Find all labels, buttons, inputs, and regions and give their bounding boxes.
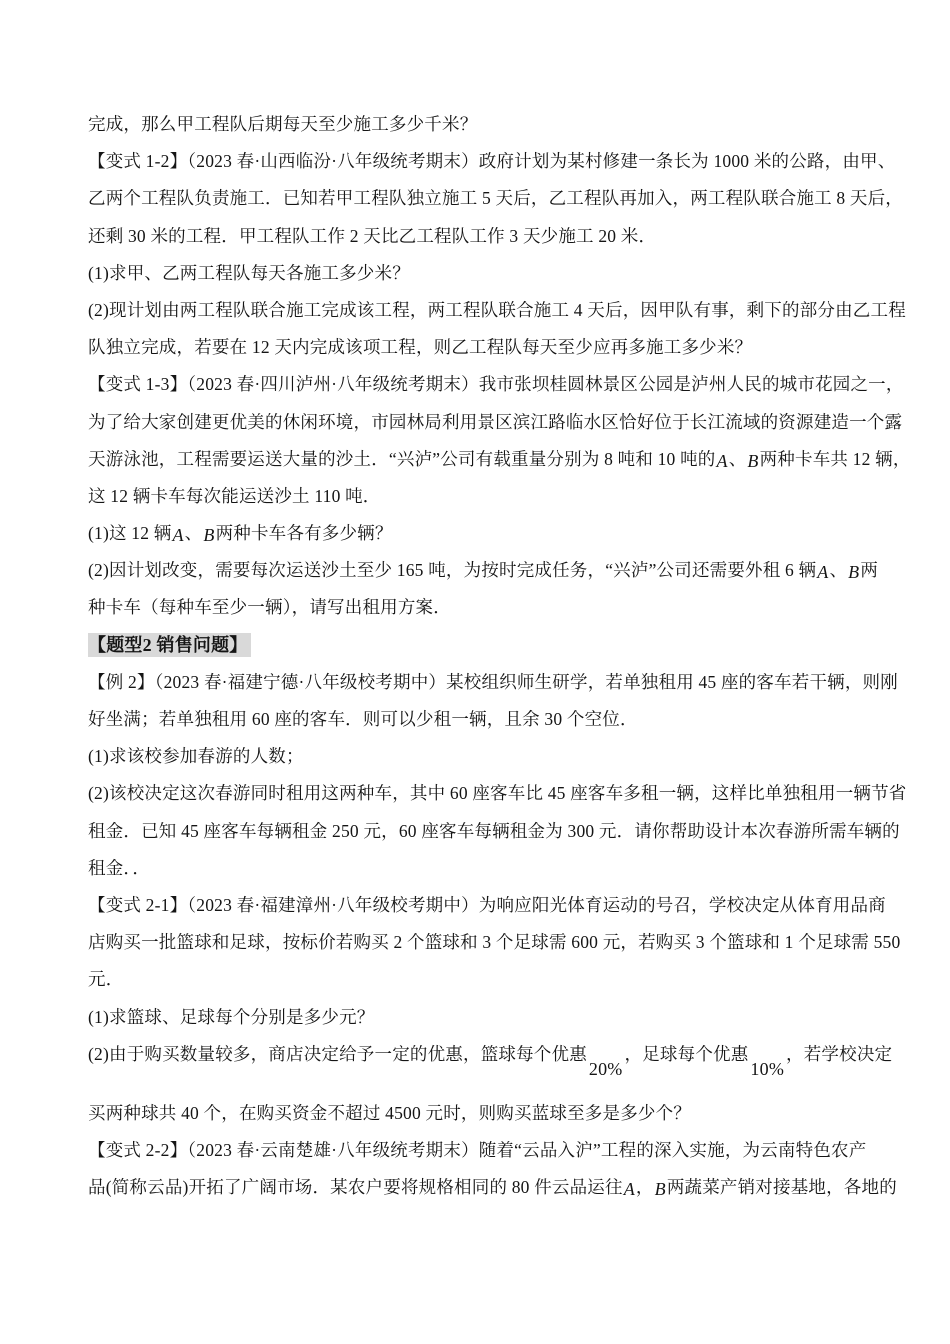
text-run: (2)因计划改变，需要每次运送沙土至少 165 吨，为按时完成任务，“兴泸”公司… — [88, 560, 816, 580]
text-run: 两种卡车各有多少辆？ — [216, 523, 393, 543]
text-line: (2)因计划改变，需要每次运送沙土至少 165 吨，为按时完成任务，“兴泸”公司… — [88, 552, 864, 589]
text-line: 队独立完成，若要在 12 天内完成该项工程，则乙工程队每天至少应再多施工多少米？ — [88, 329, 864, 366]
text-run: ，足球每个优惠 — [625, 1044, 749, 1064]
math-variable: B — [746, 451, 759, 471]
math-variable: A — [171, 525, 184, 545]
text-run: 乙两个工程队负责施工．已知若甲工程队独立施工 5 天后，乙工程队再加入，两工程队… — [88, 188, 903, 208]
text-line: 为了给大家创建更优美的休闲环境，市园林局利用景区滨江路临水区恰好位于长江流域的资… — [88, 404, 864, 441]
text-line: 买两种球共 40 个，在购买资金不超过 4500 元时，则购买蓝球至多是多少个？ — [88, 1095, 864, 1132]
text-run: 【变式 1-2】（2023 春·山西临汾·八年级统考期末）政府计划为某村修建一条… — [88, 151, 895, 171]
text-run: (2)由于购买数量较多，商店决定给予一定的优惠，篮球每个优惠 — [88, 1044, 587, 1064]
text-run: 、 — [829, 560, 847, 580]
text-run: 为了给大家创建更优美的休闲环境，市园林局利用景区滨江路临水区恰好位于长江流域的资… — [88, 412, 902, 432]
text-run: 两 — [860, 560, 878, 580]
text-line: 品(简称云品)开拓了广阔市场．某农户要将规格相同的 80 件云品运往A，B两蔬菜… — [88, 1169, 864, 1206]
text-run: ，若学校决定 — [786, 1044, 892, 1064]
section-heading-line: 【题型2 销售问题】 — [88, 627, 864, 664]
text-run: 好坐满；若单独租用 60 座的客车．则可以少租一辆，且余 30 个空位． — [88, 709, 638, 729]
text-line: 完成，那么甲工程队后期每天至少施工多少千米？ — [88, 106, 864, 143]
text-line: 租金．已知 45 座客车每辆租金 250 元，60 座客车每辆租金为 300 元… — [88, 813, 864, 850]
text-run: 两种卡车共 12 辆， — [760, 449, 911, 469]
text-run: 买两种球共 40 个，在购买资金不超过 4500 元时，则购买蓝球至多是多少个？ — [88, 1103, 691, 1123]
text-run: 队独立完成，若要在 12 天内完成该项工程，则乙工程队每天至少应再多施工多少米？ — [88, 337, 752, 357]
math-expression: 20% — [587, 1051, 625, 1088]
math-variable: A — [623, 1179, 636, 1199]
text-line: 好坐满；若单独租用 60 座的客车．则可以少租一辆，且余 30 个空位． — [88, 701, 864, 738]
text-line: 【变式 1-2】（2023 春·山西临汾·八年级统考期末）政府计划为某村修建一条… — [88, 143, 864, 180]
text-line: (1)求甲、乙两工程队每天各施工多少米？ — [88, 255, 864, 292]
math-variable: A — [715, 451, 728, 471]
text-line: 【例 2】（2023 春·福建宁德·八年级校考期中）某校组织师生研学，若单独租用… — [88, 664, 864, 701]
text-line: 天游泳池，工程需要运送大量的沙土．“兴泸”公司有载重量分别为 8 吨和 10 吨… — [88, 441, 864, 478]
text-run: 天游泳池，工程需要运送大量的沙土．“兴泸”公司有载重量分别为 8 吨和 10 吨… — [88, 449, 715, 469]
text-run: ， — [636, 1177, 654, 1197]
text-run: 种卡车（每种车至少一辆），请写出租用方案． — [88, 597, 451, 617]
text-run: (2)现计划由两工程队联合施工完成该工程，两工程队联合施工 4 天后，因甲队有事… — [88, 300, 906, 320]
text-run: 、 — [185, 523, 203, 543]
text-line: 乙两个工程队负责施工．已知若甲工程队独立施工 5 天后，乙工程队再加入，两工程队… — [88, 180, 864, 217]
text-line: (2)该校决定这次春游同时租用这两种车，其中 60 座客车比 45 座客车多租一… — [88, 775, 864, 812]
math-variable: A — [816, 562, 829, 582]
text-line: (2)由于购买数量较多，商店决定给予一定的优惠，篮球每个优惠20%，足球每个优惠… — [88, 1036, 864, 1073]
text-line: 【变式 2-2】（2023 春·云南楚雄·八年级统考期末）随着“云品入沪”工程的… — [88, 1132, 864, 1169]
text-line: 还剩 30 米的工程．甲工程队工作 2 天比乙工程队工作 3 天少施工 20 米… — [88, 218, 864, 255]
section-heading: 【题型2 销售问题】 — [88, 633, 251, 657]
text-line: (2)现计划由两工程队联合施工完成该工程，两工程队联合施工 4 天后，因甲队有事… — [88, 292, 864, 329]
math-variable: B — [654, 1179, 667, 1199]
document-page: 完成，那么甲工程队后期每天至少施工多少千米？【变式 1-2】（2023 春·山西… — [0, 0, 950, 1344]
text-run: 这 12 辆卡车每次能运送沙土 110 吨． — [88, 486, 381, 506]
text-line: (1)这 12 辆A、B两种卡车各有多少辆？ — [88, 515, 864, 552]
math-variable: B — [202, 525, 215, 545]
text-run: 租金．． — [88, 858, 150, 878]
text-line: (1)求该校参加春游的人数； — [88, 738, 864, 775]
text-line: (1)求篮球、足球每个分别是多少元？ — [88, 999, 864, 1036]
text-run: 完成，那么甲工程队后期每天至少施工多少千米？ — [88, 114, 477, 134]
text-run: (1)求该校参加春游的人数； — [88, 746, 304, 766]
text-line: 【变式 1-3】（2023 春·四川泸州·八年级统考期末）我市张坝桂圆林景区公园… — [88, 366, 864, 403]
text-run: (1)这 12 辆 — [88, 523, 171, 543]
text-line: 租金．． — [88, 850, 864, 887]
text-run: 【例 2】（2023 春·福建宁德·八年级校考期中）某校组织师生研学，若单独租用… — [88, 672, 898, 692]
text-line: 元． — [88, 961, 864, 998]
text-run: (1)求甲、乙两工程队每天各施工多少米？ — [88, 263, 410, 283]
text-run: (1)求篮球、足球每个分别是多少元？ — [88, 1007, 375, 1027]
math-expression: 10% — [748, 1051, 786, 1088]
text-run: 【变式 1-3】（2023 春·四川泸州·八年级统考期末）我市张坝桂圆林景区公园… — [88, 374, 904, 394]
text-line: 【变式 2-1】（2023 春·福建漳州·八年级校考期中）为响应阳光体育运动的号… — [88, 887, 864, 924]
text-run: 还剩 30 米的工程．甲工程队工作 2 天比乙工程队工作 3 天少施工 20 米… — [88, 226, 656, 246]
text-run: 【变式 2-1】（2023 春·福建漳州·八年级校考期中）为响应阳光体育运动的号… — [88, 895, 886, 915]
text-run: 两蔬菜产销对接基地，各地的 — [667, 1177, 897, 1197]
text-run: 【变式 2-2】（2023 春·云南楚雄·八年级统考期末）随着“云品入沪”工程的… — [88, 1140, 866, 1160]
text-run: 品(简称云品)开拓了广阔市场．某农户要将规格相同的 80 件云品运往 — [88, 1177, 623, 1197]
text-run: (2)该校决定这次春游同时租用这两种车，其中 60 座客车比 45 座客车多租一… — [88, 783, 907, 803]
document-body: 完成，那么甲工程队后期每天至少施工多少千米？【变式 1-2】（2023 春·山西… — [88, 106, 864, 1206]
text-line: 种卡车（每种车至少一辆），请写出租用方案． — [88, 589, 864, 626]
text-run: 元． — [88, 969, 123, 989]
text-run: 、 — [729, 449, 747, 469]
text-line: 店购买一批篮球和足球，按标价若购买 2 个篮球和 3 个足球需 600 元，若购… — [88, 924, 864, 961]
math-variable: B — [847, 562, 860, 582]
text-run: 租金．已知 45 座客车每辆租金 250 元，60 座客车每辆租金为 300 元… — [88, 821, 900, 841]
text-line: 这 12 辆卡车每次能运送沙土 110 吨． — [88, 478, 864, 515]
text-run: 店购买一批篮球和足球，按标价若购买 2 个篮球和 3 个足球需 600 元，若购… — [88, 932, 900, 952]
